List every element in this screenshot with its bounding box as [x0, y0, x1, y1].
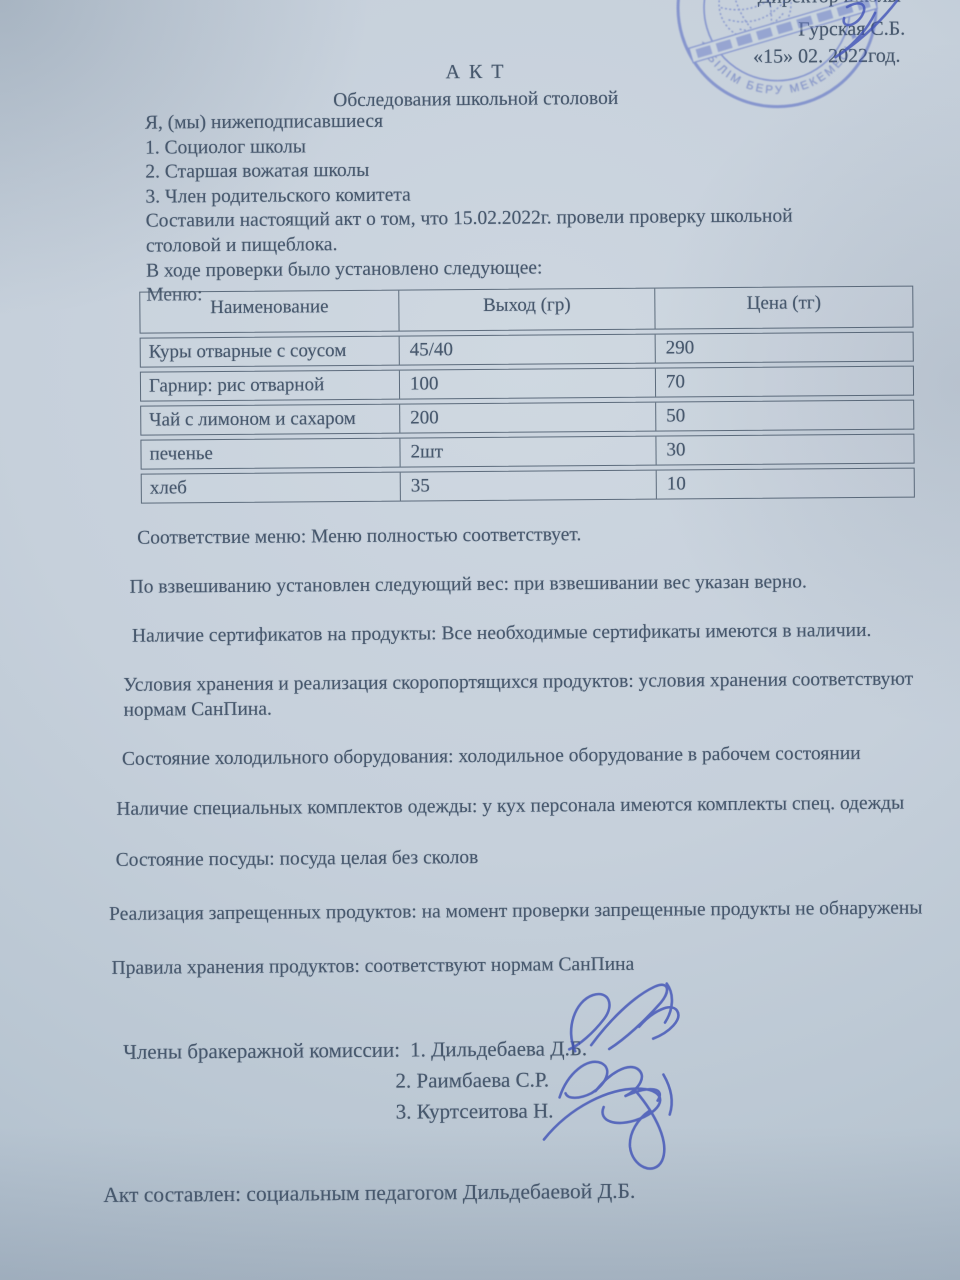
member1-signature-ink: [569, 983, 679, 1051]
director-signature-ink: [835, 1, 897, 57]
photo-of-document: { "approval": { "role": "Директор школы"…: [0, 0, 960, 1280]
ink-signatures-layer: [0, 0, 960, 1280]
member2-signature-ink: [559, 1061, 660, 1101]
document-page: Директор школы Гурская С.Б. «15» 02. 202…: [0, 0, 960, 1280]
